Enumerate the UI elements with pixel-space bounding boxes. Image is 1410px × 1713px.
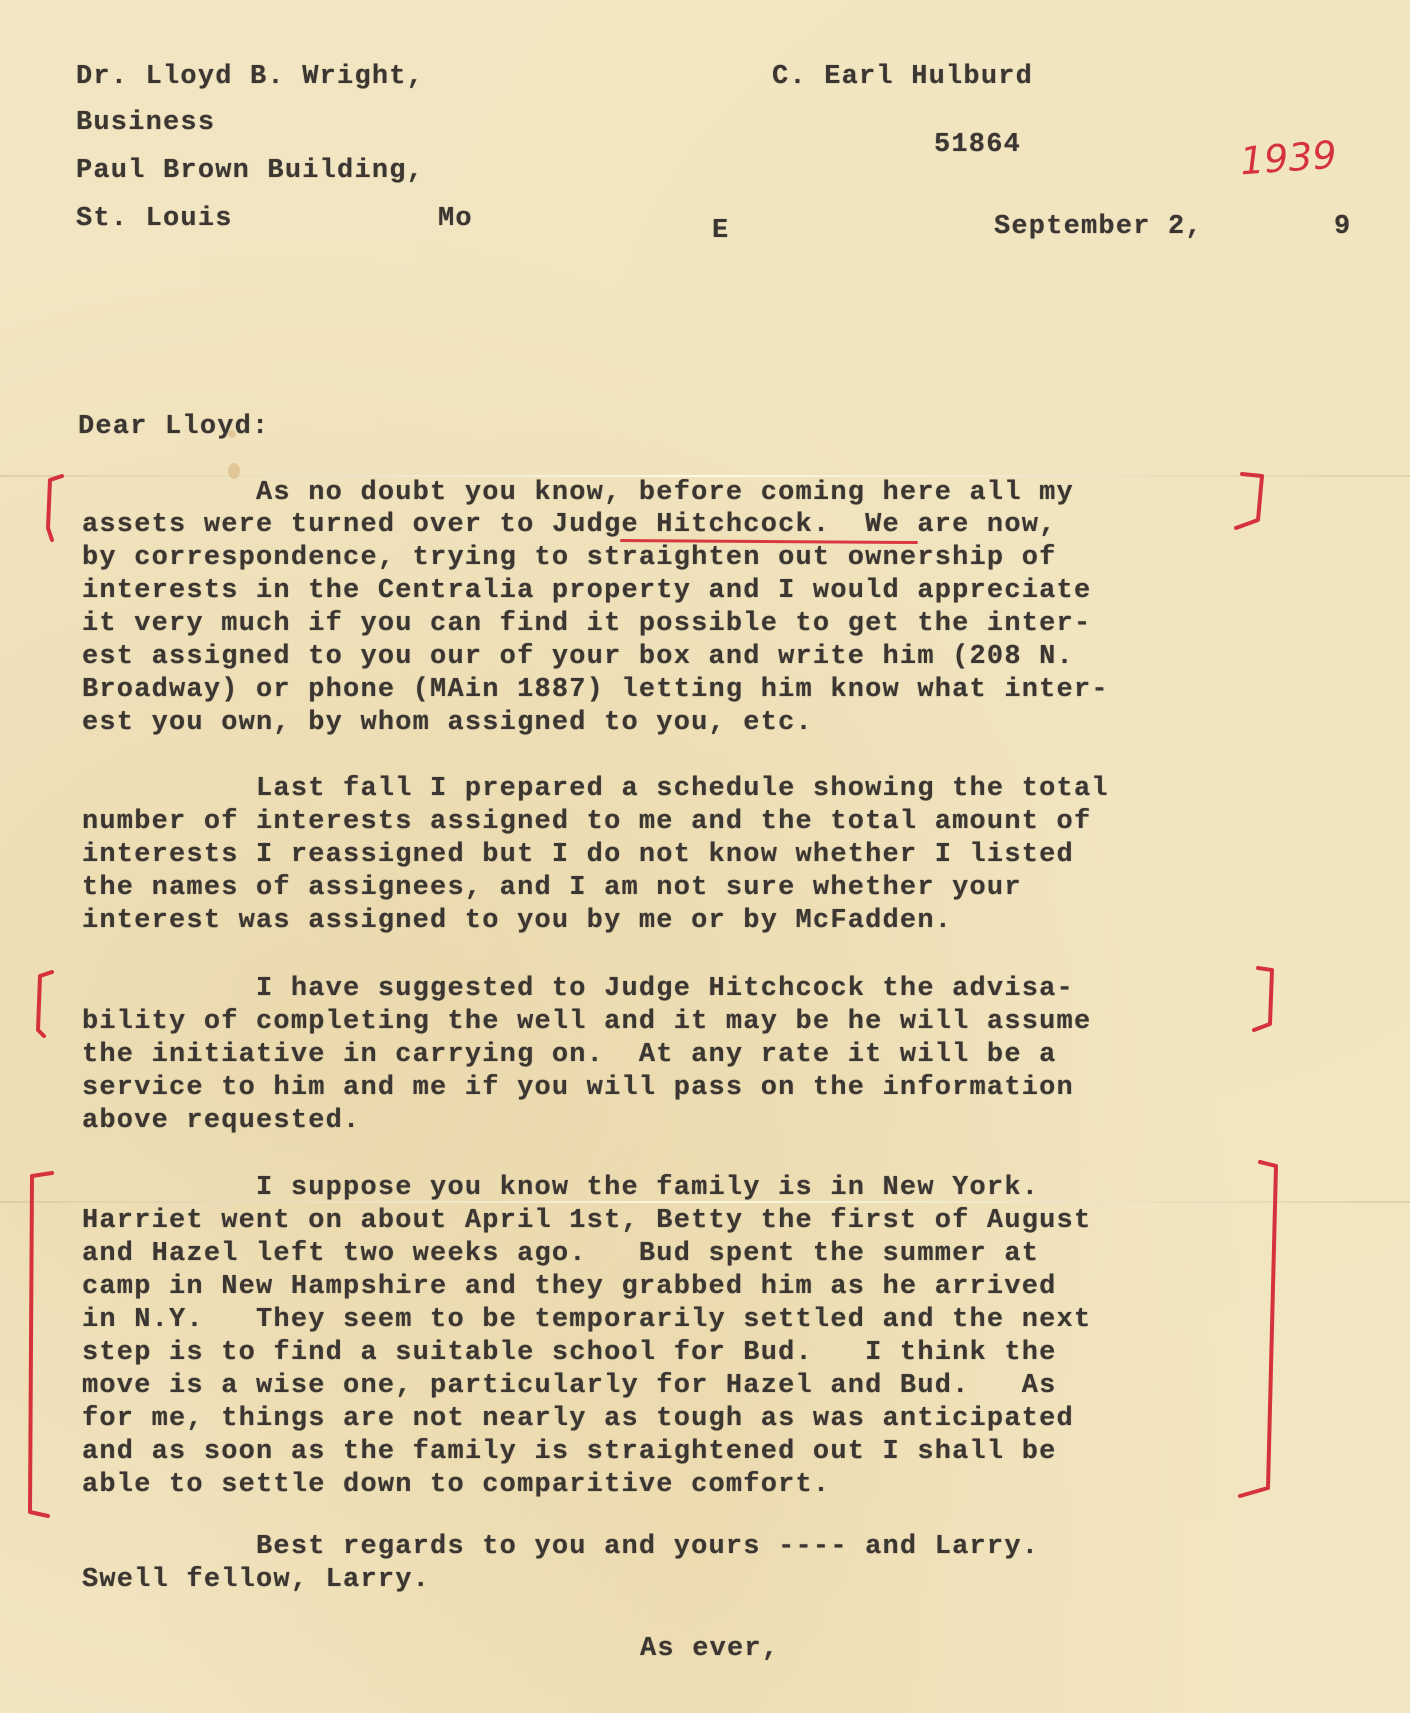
letter-page: Dr. Lloyd B. Wright, Business Paul Brown… — [0, 0, 1410, 1713]
red-bracket-annotations — [0, 0, 1410, 1713]
